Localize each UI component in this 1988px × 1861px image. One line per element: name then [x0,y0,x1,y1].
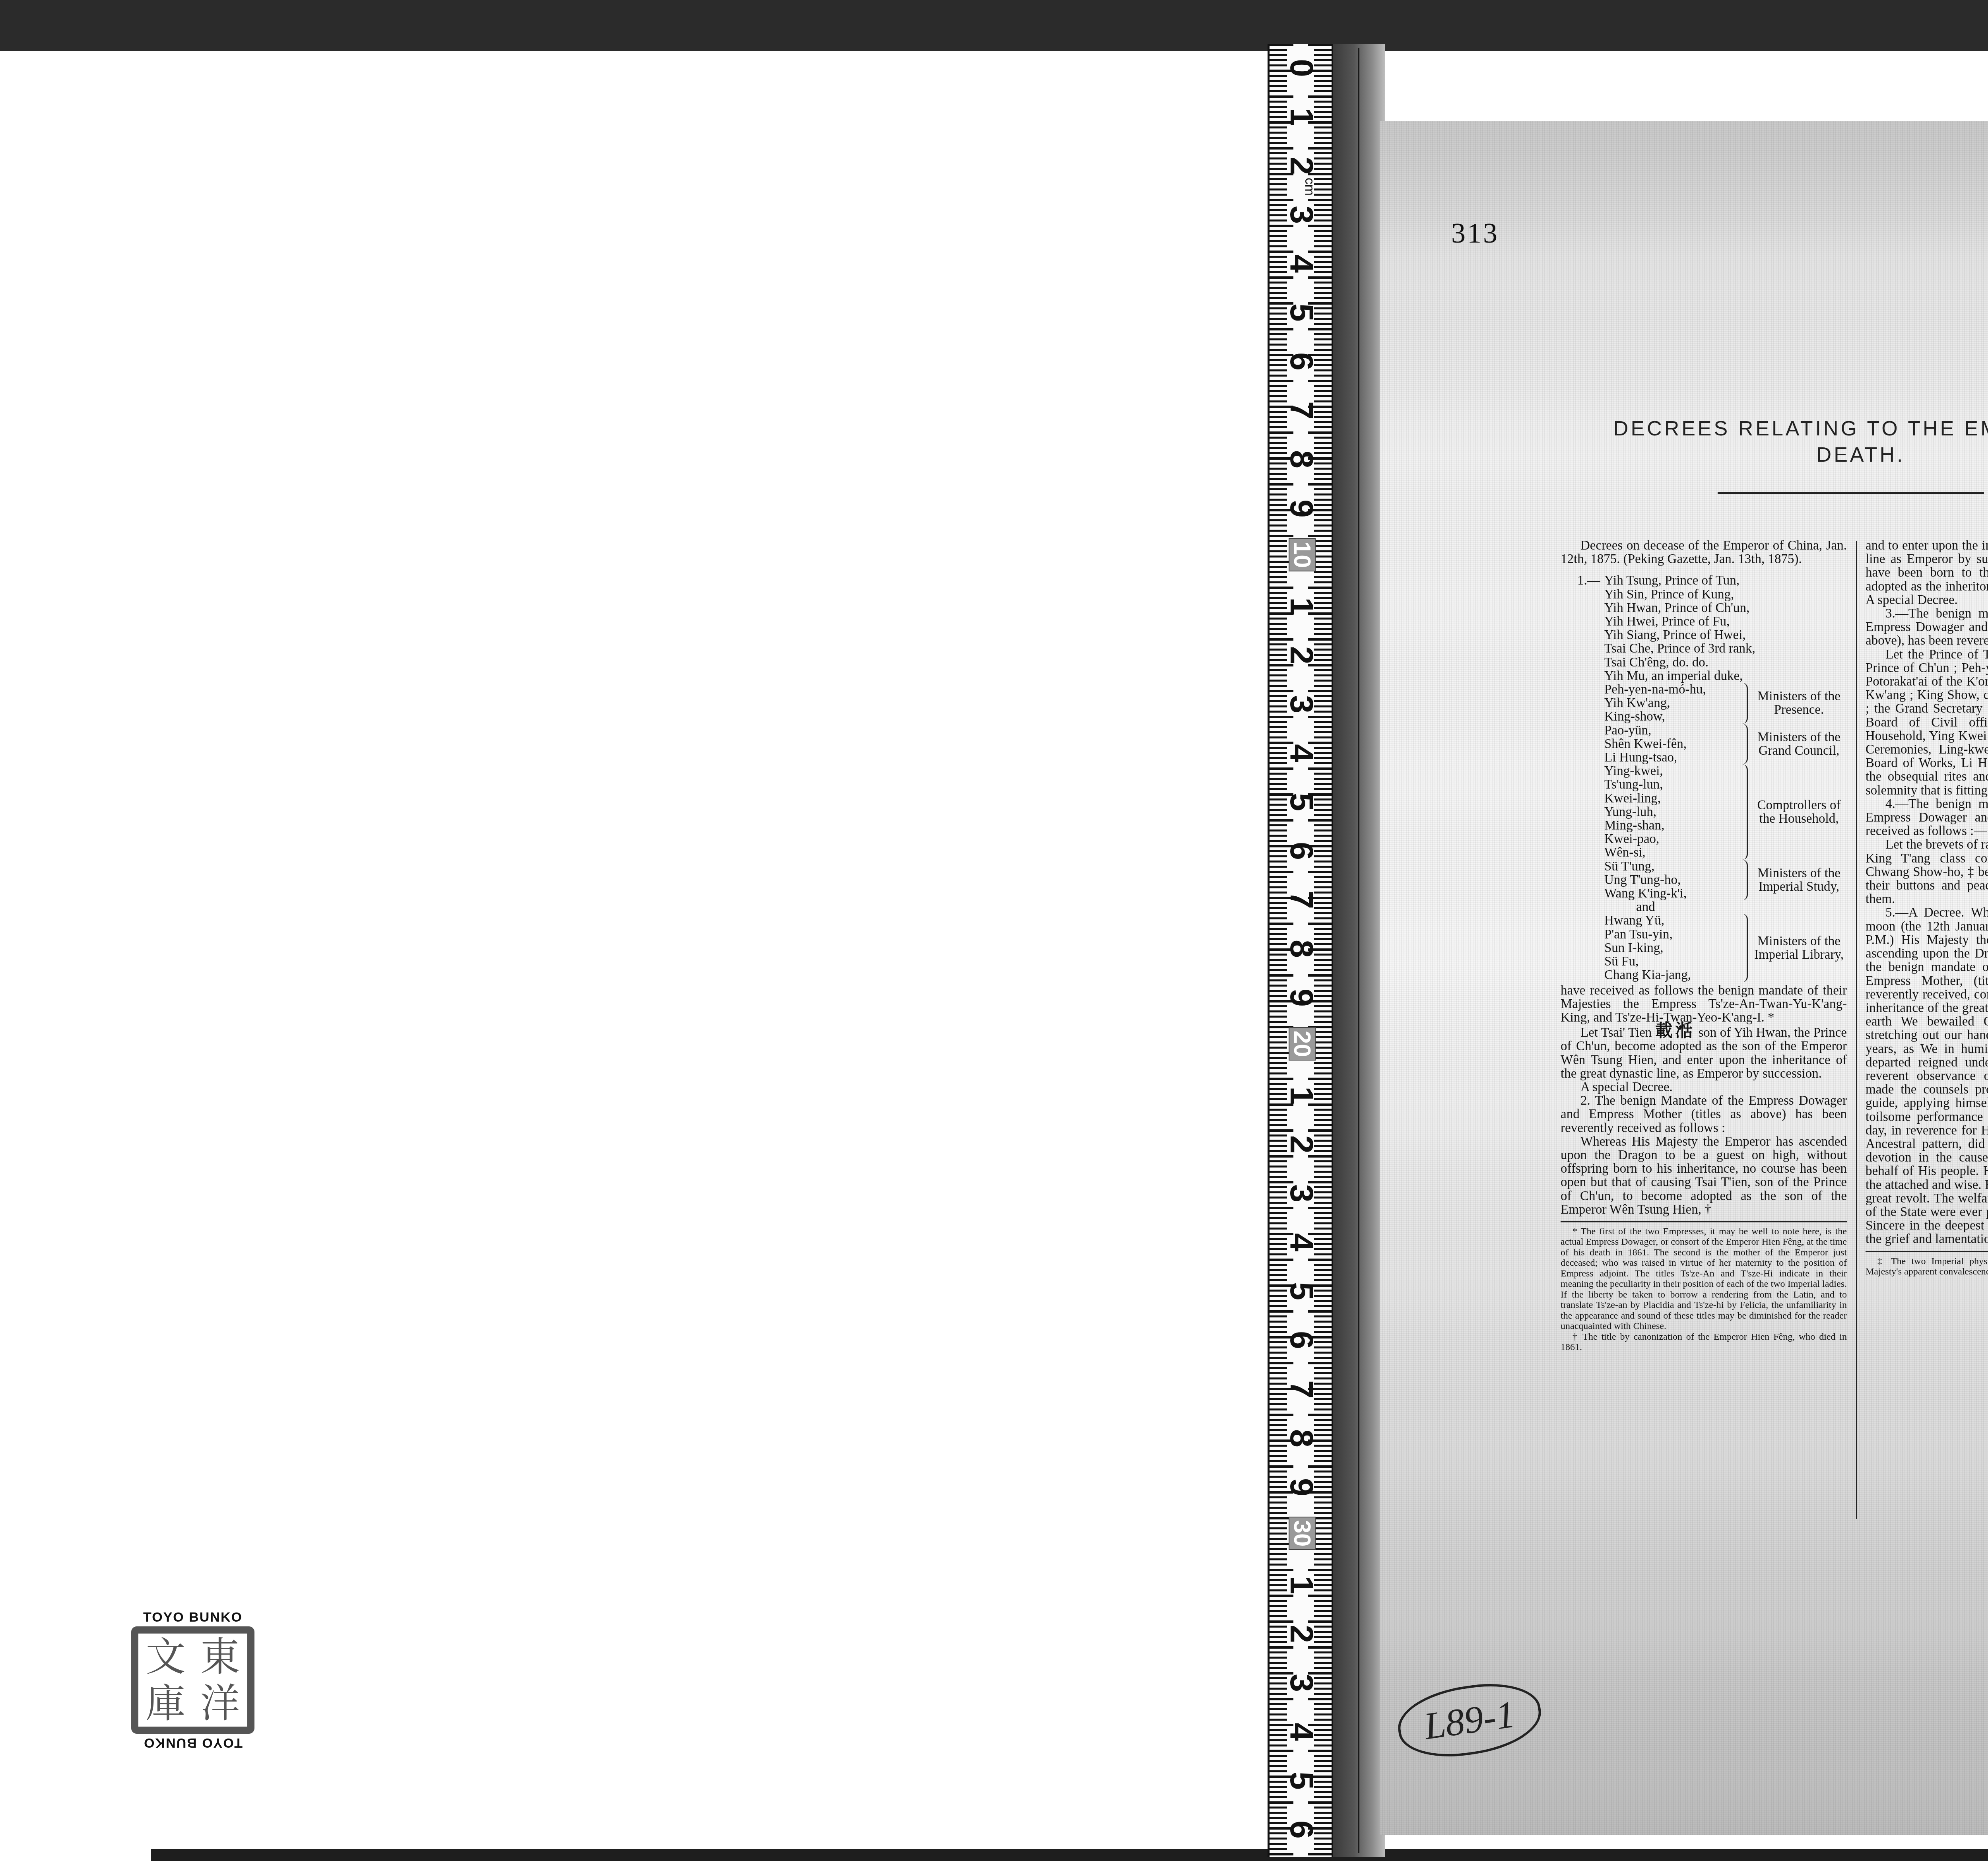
ruler-number: 8 [1285,1422,1318,1454]
logo-text: TOYO BUNKO [127,1610,258,1625]
brace-icon [1736,724,1748,765]
received-mandate: have received as follows the benign mand… [1561,984,1847,1025]
toyo-bunko-logo-bottom-left: TOYO BUNKO 文 東 庫 洋 TOYO BUNKO [127,1610,258,1750]
prince-entry: Yih Hwei, Prince of Fu, [1604,615,1847,628]
let-prefix: Let Tsai' Tien [1580,1026,1652,1040]
ruler-number: 1 [1285,591,1318,622]
minister-group: Ying-kwei,Ts'ung-lun,Kwei-ling,Yung-luh,… [1561,764,1847,859]
seal-char: 文 [146,1637,186,1677]
scanner-top-band [0,0,1988,51]
ruler-number: 5 [1285,1765,1318,1797]
brace-icon [1736,683,1748,724]
decree-3-body: Let the Prince of Tun ; the Prince of Ku… [1866,648,1988,797]
minister-name: Li Hung-tsao, [1604,751,1736,764]
footnote-double-dagger: ‡ The two Imperial physicians, who were … [1866,1256,1988,1277]
binding-edge [1358,48,1359,1853]
seal-char: 東 [200,1637,240,1677]
prince-entry: Yih Mu, an imperial duke, [1604,669,1847,683]
minister-name: Chang Kia-jang, [1604,968,1736,982]
decree-5: 5.—A Decree. Whereas on the 5th day of t… [1866,906,1988,1246]
ruler-number: 9 [1285,493,1318,524]
ruler-number: 7 [1285,1373,1318,1405]
minister-group: Peh-yen-na-mó-hu,Yih Kw'ang,King-show,Mi… [1561,683,1847,724]
minister-name: Shên Kwei-fên, [1604,737,1736,751]
seal-char: 洋 [200,1684,240,1723]
ruler-number: 3 [1285,199,1318,231]
ruler-number: 4 [1285,1226,1318,1258]
measuring-ruler: cm 0123456789101234567892012345678930123… [1268,44,1333,1857]
brace-icon [1736,764,1748,859]
ruler-number: 1 [1285,101,1318,133]
minister-group: Hwang Yü,P'an Tsu-yin,Sun I-king,Sü Fu,C… [1561,914,1847,982]
minister-name: Kwei-ling, [1604,792,1736,805]
seal-char: 庫 [146,1684,186,1723]
minister-name: Sun I-king, [1604,941,1736,955]
ruler-number: 1 [1285,1080,1318,1111]
brace-icon [1736,914,1748,982]
group-label: Ministers of the Grand Council, [1751,730,1847,758]
minister-name: Ming-shan, [1604,819,1736,832]
chinese-characters: 載湉 [1655,1021,1695,1041]
minister-name: P'an Tsu-yin, [1604,928,1736,941]
prince-entry: Yih Sin, Prince of Kung, [1604,588,1847,601]
ruler-number: 9 [1285,982,1318,1014]
column-divider [1856,541,1857,1519]
continuation-paragraph: and to enter upon the inheritance of the… [1866,539,1988,607]
group-label: Comptrollers of the Household, [1751,798,1847,826]
special-decree: A special Decree. [1561,1080,1847,1094]
prince-entry: Tsai Ch'êng, do. do. [1604,656,1847,669]
ruler-number: 1 [1285,1569,1318,1601]
footnote-rule [1561,1221,1847,1222]
ruler-number: 6 [1285,346,1318,377]
and-connector: and [1561,900,1847,914]
ruler-number: 8 [1285,933,1318,965]
decree-4-body: Let the brevets of rank as expectant off… [1866,838,1988,906]
prince-entry: Yih Hwan, Prince of Ch'un, [1604,601,1847,615]
ruler-number: 5 [1285,786,1318,818]
ruler-number: 5 [1285,1275,1318,1307]
minister-name: Pao-yün, [1604,724,1736,737]
ruler-number: 8 [1285,443,1318,475]
princes-names: Yih Tsung, Prince of Tun,Yih Sin, Prince… [1561,574,1847,683]
decree-1-number: 1.— [1577,574,1600,587]
decree-4-intro: 4.—The benign mandate of their Majesties… [1866,797,1988,838]
ruler-number: 6 [1285,1814,1318,1845]
left-column: Decrees on decease of the Emperor of Chi… [1561,539,1847,1353]
prince-entry: Yih Tsung, Prince of Tun, [1604,574,1847,587]
minister-name: Hwang Yü, [1604,914,1736,927]
page-number: 313 [1451,217,1499,250]
brace-icon [1736,860,1748,901]
ruler-number: 2 [1285,1618,1318,1650]
blank-left-page [95,51,1284,1848]
ruler-number: 0 [1285,52,1318,84]
intro-paragraph: Decrees on decease of the Emperor of Chi… [1561,539,1847,566]
minister-name: Ying-kwei, [1604,764,1736,778]
ruler-number: 3 [1285,688,1318,720]
ruler-number: 9 [1285,1471,1318,1503]
minister-name: Wên-si, [1604,846,1736,859]
right-column: and to enter upon the inheritance of the… [1866,539,1988,1277]
footnotes-left: * The first of the two Empresses, it may… [1561,1226,1847,1353]
minister-name: Yih Kw'ang, [1604,696,1736,710]
ruler-number: 3 [1285,1177,1318,1209]
title-line-1: DECREES RELATING TO THE EMPEROR'S [1574,416,1988,442]
group-label: Ministers of the Presence. [1751,690,1847,717]
ruler-number: 6 [1285,835,1318,867]
minister-name: Sü Fu, [1604,955,1736,968]
footnote-rule-right [1866,1251,1988,1252]
minister-group: Pao-yün,Shên Kwei-fên,Li Hung-tsao,Minis… [1561,724,1847,765]
footnotes-right: ‡ The two Imperial physicians, who were … [1866,1256,1988,1277]
group-names: Sü T'ung,Ung T'ung-ho,Wang K'ing-k'i, [1561,860,1736,901]
minister-name: Kwei-pao, [1604,832,1736,846]
ruler-number: 2 [1285,150,1318,182]
logo-text-inverted: TOYO BUNKO [127,1735,258,1750]
ruler-number: 2 [1285,1129,1318,1160]
ruler-number: 4 [1285,737,1318,769]
title-line-2: DEATH. [1574,442,1988,468]
group-names: Hwang Yü,P'an Tsu-yin,Sun I-king,Sü Fu,C… [1561,914,1736,982]
ruler-number: 7 [1285,394,1318,426]
prince-entry: Tsai Che, Prince of 3rd rank, [1604,642,1847,655]
ruler-number: 4 [1285,248,1318,280]
ruler-number: 3 [1285,1667,1318,1699]
prince-entry: Yih Siang, Prince of Hwei, [1604,628,1847,642]
group-names: Ying-kwei,Ts'ung-lun,Kwei-ling,Yung-luh,… [1561,764,1736,859]
minister-name: King-show, [1604,710,1736,723]
scanner-bottom-band [151,1849,1988,1861]
ruler-number: 2 [1285,639,1318,671]
decree-2-intro: 2. The benign Mandate of the Empress Dow… [1561,1094,1847,1135]
ruler-number: 30 [1289,1517,1316,1550]
footnote-dagger: † The title by canonization of the Emper… [1561,1332,1847,1353]
princes-list: 1.— Yih Tsung, Prince of Tun,Yih Sin, Pr… [1561,574,1847,683]
title-rule [1718,492,1984,494]
group-label: Ministers of the Imperial Study, [1751,866,1847,894]
minister-name: Sü T'ung, [1604,860,1736,873]
minister-name: Ung T'ung-ho, [1604,873,1736,887]
minister-name: Yung-luh, [1604,805,1736,819]
group-names: Peh-yen-na-mó-hu,Yih Kw'ang,King-show, [1561,683,1736,724]
ruler-number: 4 [1285,1716,1318,1748]
minister-group: Sü T'ung,Ung T'ung-ho,Wang K'ing-k'i,Min… [1561,860,1847,901]
minister-name: Ts'ung-lun, [1604,778,1736,791]
ruler-number: 20 [1289,1027,1316,1061]
article-title: DECREES RELATING TO THE EMPEROR'S DEATH. [1574,416,1988,468]
ruler-number: 5 [1285,297,1318,328]
seal-icon: 文 東 庫 洋 [131,1626,254,1734]
minister-name: Peh-yen-na-mó-hu, [1604,683,1736,696]
decree-2-body: Whereas His Majesty the Emperor has asce… [1561,1135,1847,1216]
let-tsai-tien: Let Tsai' Tien 載湉 son of Yih Hwan, the P… [1561,1024,1847,1080]
decree-3-intro: 3.—The benign mandate of their Majesties… [1866,607,1988,648]
minister-name: Wang K'ing-k'i, [1604,887,1736,900]
ruler-number: 6 [1285,1324,1318,1356]
group-names: Pao-yün,Shên Kwei-fên,Li Hung-tsao, [1561,724,1736,765]
ruler-number: 7 [1285,884,1318,916]
minister-groups: Peh-yen-na-mó-hu,Yih Kw'ang,King-show,Mi… [1561,683,1847,982]
ruler-number: 10 [1289,538,1316,571]
footnote-asterisk: * The first of the two Empresses, it may… [1561,1226,1847,1332]
group-label: Ministers of the Imperial Library, [1751,934,1847,962]
